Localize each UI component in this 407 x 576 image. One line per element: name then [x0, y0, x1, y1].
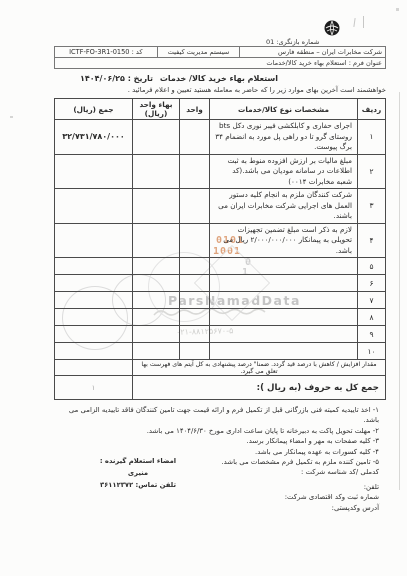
table-row: ۷	[55, 292, 386, 309]
row-unit-price	[133, 275, 180, 292]
row-unit-price	[133, 326, 180, 343]
footnote: ۳- کلیه صفحات به مهر و امضاء پیمانکار بر…	[54, 436, 386, 446]
row-unit	[180, 275, 210, 292]
table-row: ۲ مبلغ مالیات بر ارزش افزوده منوط به ثبت…	[55, 154, 386, 189]
form-title-cell: عنوان فرم : استعلام بهاء خرید کالا/خدمات	[55, 58, 386, 69]
row-number: ۸	[358, 309, 386, 326]
row-unit-price	[133, 120, 180, 155]
header-total: جمع (ریال)	[55, 99, 133, 120]
table-row: ۹	[55, 326, 386, 343]
row-total	[55, 189, 133, 224]
row-spec	[210, 343, 358, 360]
inquiry-officer-contact: تلفن تماس: ۳۶۱۱۲۳۷۲	[92, 479, 184, 491]
row-spec	[210, 258, 358, 275]
scan-artifact-dot-corner	[396, 8, 399, 11]
table-row: ۳ شرکت کنندگان ملزم به انجام کلیه دستور …	[55, 189, 386, 224]
row-spec	[210, 309, 358, 326]
row-total	[55, 326, 133, 343]
row-total	[55, 275, 133, 292]
signature-block: امضاء استعلام گیرنده : منیری تلفن تماس: …	[92, 455, 184, 491]
table-row: ۴ لازم به ذکر است مبلغ تضمین تجهیزات تحو…	[55, 223, 386, 258]
form-header-table: شرکت مخابرات ایران – منطقه فارس سیستم مد…	[54, 46, 386, 69]
form-code-cell: کد : ICTF-FO-3R1-0150	[55, 47, 158, 58]
row-unit	[180, 223, 210, 258]
row-total	[55, 258, 133, 275]
row-total	[55, 154, 133, 189]
row-number: ۶	[358, 275, 386, 292]
adjustment-note-cell: مقدار افزایش / کاهش با درصد قید گردد. ضم…	[133, 360, 386, 376]
footnote: ۱- اخذ تاییدیه کمیته فنی بازرگانی قبل از…	[54, 405, 386, 426]
address-line: آدرس وکدپستی:	[54, 503, 386, 513]
header-unit: واحد	[180, 99, 210, 120]
document-title: استعلام بهاء خرید کالا/ خدمات	[160, 74, 278, 83]
quality-system-cell: سیستم مدیریت کیفیت	[157, 47, 240, 58]
telecom-company-logo-icon	[324, 20, 340, 40]
document-date: تاریخ : ۱۴۰۴/۰۶/۲۵	[80, 74, 153, 83]
row-spec: شرکت کنندگان ملزم به انجام کلیه دستور ال…	[210, 189, 358, 224]
row-spec: مبلغ مالیات بر ارزش افزوده منوط به ثبت ا…	[210, 154, 358, 189]
scan-edge-line	[399, 92, 400, 490]
row-unit-price	[133, 189, 180, 224]
grand-total-pencil-mark: ۱	[55, 376, 133, 400]
table-row: ۵	[55, 258, 386, 275]
footnote: ۲- مهلت تحویل پاکت به دبیرخانه تا پایان …	[54, 426, 386, 436]
row-number: ۴	[358, 223, 386, 258]
row-unit-price	[133, 292, 180, 309]
table-row: ۱ اجرای حفاری و کابلکشی فیبر نوری دکل bt…	[55, 120, 386, 155]
row-unit-price	[133, 258, 180, 275]
row-unit	[180, 154, 210, 189]
row-unit	[180, 309, 210, 326]
row-number: ۵	[358, 258, 386, 275]
inquiry-officer-signature: امضاء استعلام گیرنده : منیری	[92, 455, 184, 479]
table-row: ۱۰	[55, 343, 386, 360]
registration-line: شماره ثبت وکد اقتصادی شرکت:	[54, 492, 386, 502]
row-spec: اجرای حفاری و کابلکشی فیبر نوری دکل bts …	[210, 120, 358, 155]
row-unit	[180, 343, 210, 360]
row-total	[55, 309, 133, 326]
scan-artifact-dot-left	[10, 116, 13, 118]
grand-total-in-words-label: جمع کل به حروف (به ریال ):	[133, 376, 386, 400]
price-inquiry-table: ردیف مشخصات نوع کالا/خدمات واحد بهاء واح…	[54, 98, 386, 400]
title-line: استعلام بهاء خرید کالا/ خدمات تاریخ : ۱۴…	[54, 72, 386, 86]
document-content: شماره بازنگری: 01 شرکت مخابرات ایران – م…	[54, 38, 386, 513]
grand-total-row: جمع کل به حروف (به ریال ): ۱	[55, 376, 386, 400]
row-total: ۳۲/۷۳۱/۷۸۰/۰۰۰	[55, 120, 133, 155]
row-unit-price	[133, 223, 180, 258]
row-spec: لازم به ذکر است مبلغ تضمین تجهیزات تحویل…	[210, 223, 358, 258]
row-unit-price	[133, 309, 180, 326]
row-total	[55, 343, 133, 360]
adjustment-note-row: مقدار افزایش / کاهش با درصد قید گردد. ضم…	[55, 360, 386, 376]
row-unit	[180, 292, 210, 309]
row-unit	[180, 258, 210, 275]
scanned-inquiry-form-page: 0101 1001 0 1 ParsNamadData ۰۲۱-۸۸۱۲۵۶۷۰…	[0, 0, 407, 576]
header-unit-price: بهاء واحد (ریال)	[133, 99, 180, 120]
row-unit	[180, 189, 210, 224]
row-spec	[210, 275, 358, 292]
company-name-cell: شرکت مخابرات ایران – منطقه فارس	[240, 47, 386, 58]
row-number: ۱۰	[358, 343, 386, 360]
request-sentence: خواهشمند است آخرین بهای موارد زیر را که …	[54, 86, 386, 96]
row-unit-price	[133, 343, 180, 360]
row-total	[55, 223, 133, 258]
table-row: ۶	[55, 275, 386, 292]
row-total	[55, 292, 133, 309]
row-unit	[180, 326, 210, 343]
pencil-check-marks	[352, 16, 368, 32]
header-row-number: ردیف	[358, 99, 386, 120]
row-unit-price	[133, 154, 180, 189]
row-number: ۹	[358, 326, 386, 343]
row-number: ۳	[358, 189, 386, 224]
row-number: ۷	[358, 292, 386, 309]
adjustment-total-cell	[55, 360, 133, 376]
row-unit	[180, 120, 210, 155]
header-spec: مشخصات نوع کالا/خدمات	[210, 99, 358, 120]
row-spec	[210, 292, 358, 309]
row-number: ۱	[358, 120, 386, 155]
table-header-row: ردیف مشخصات نوع کالا/خدمات واحد بهاء واح…	[55, 99, 386, 120]
row-spec	[210, 326, 358, 343]
table-row: ۸	[55, 309, 386, 326]
row-number: ۲	[358, 154, 386, 189]
